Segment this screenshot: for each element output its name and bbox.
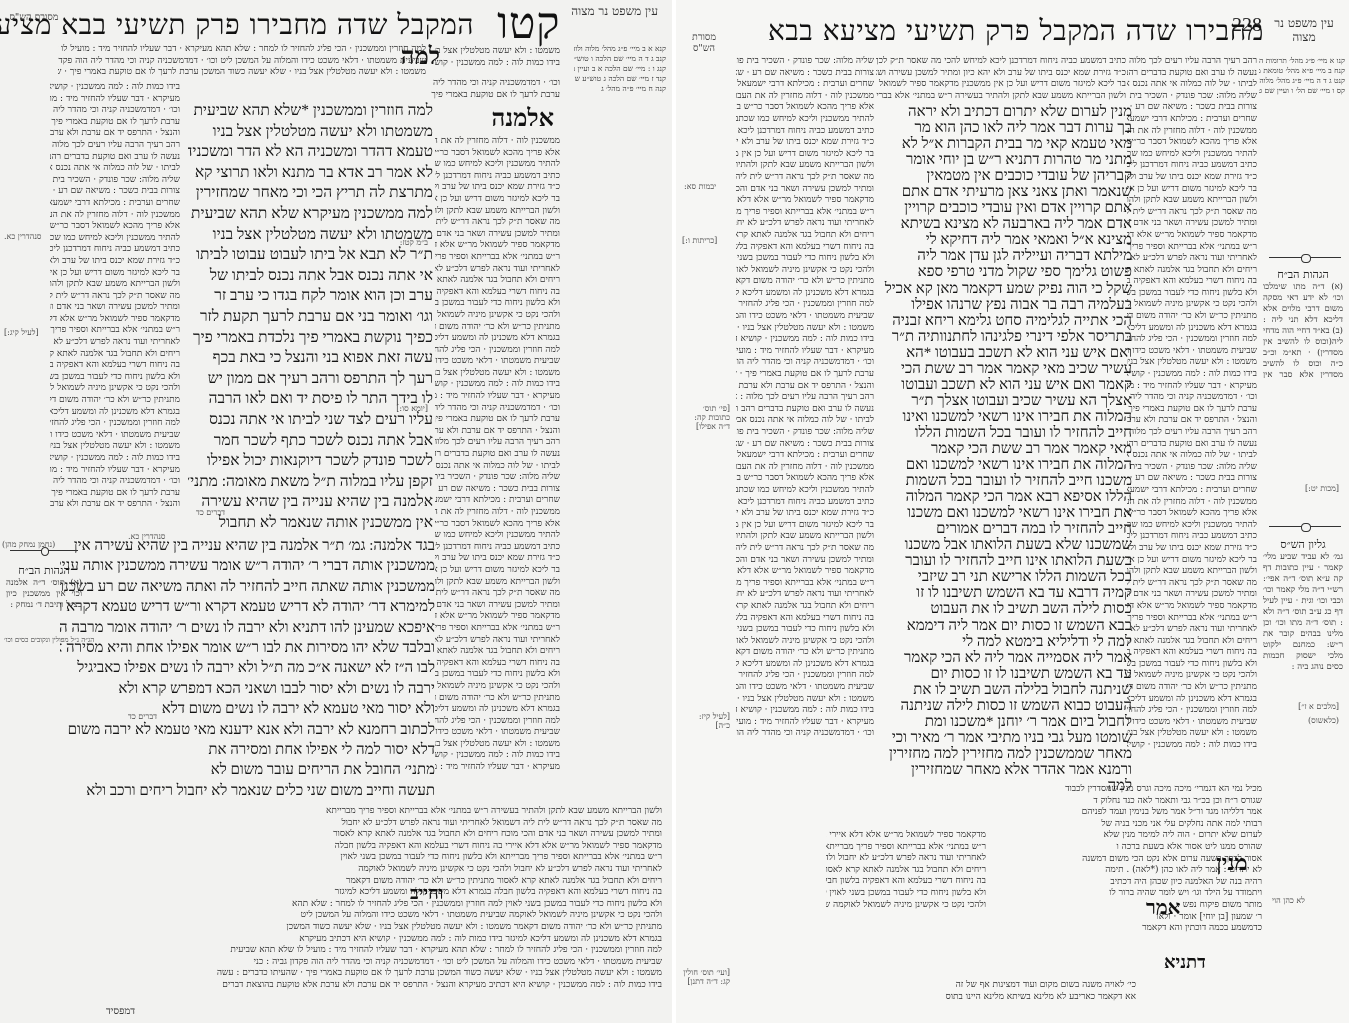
text-line: ולהכי נקט כי אקשינן מיניה לשמואל לאוקמה …: [435, 310, 560, 322]
ein-mishpat-label: עין משפט נר מצוה: [1269, 16, 1339, 44]
text-line: שמשכנו שלא בשעת הלואתו אבל משכנו: [880, 537, 1132, 553]
commentary-headword-almana: אלמנה: [492, 106, 554, 132]
text-line: קנא א ב מיי׳ פ״ג מהל׳ מלוה ולוה הל׳ ה סמ…: [574, 44, 666, 54]
text-line: לכתוב רחמנא לא ירבה ולא אנא ידענא מאי טע…: [60, 720, 435, 740]
text-line: מה שאסר ת״ק לכך נראה דר״ש לית ליה דשמואל…: [1127, 578, 1257, 590]
text-line: בך ערות דבר אמר ליה לאו כהן הוא מר: [880, 120, 1132, 136]
margin-ref: סנהדרין כא.: [4, 232, 41, 241]
text-line: מה שאסר ת״ק לכך נראה דר״ש לית ליה דשמואל…: [435, 217, 560, 229]
text-line: כתיב דמשמע כביה ניחוח דמרדכנן ליכא למיחש…: [50, 244, 180, 256]
text-line: ריחים ולא תחבול בגד אלמנה לאתא קרא לאסור…: [1127, 636, 1257, 648]
gilyon-text: גמ׳ לא עביד שביע מלי׳ קאמר · עיין כתובות…: [1263, 552, 1343, 672]
text-line: בגמרא דלא משכנינן לה ומשמע דליכא למיגזר …: [736, 288, 874, 300]
text-line: ריחים ולא תחבול בגד אלמנה לאתא קרא לאסור…: [12, 876, 662, 888]
text-line: נעשה לו ערב ואם טוקעת בדברים רהב רעיך : …: [435, 449, 560, 461]
hagahot-title: הגהות הב״ח: [8, 564, 80, 577]
text-line: תעשה וחייב משום שני כלים שנאמר לא יחבול …: [60, 781, 435, 801]
text-line: בר ליכא למיגזר משום דריש ועל כן אין ממשכ…: [1127, 555, 1257, 567]
text-line: מדקאמר ספיר לשמואל מר״ש אלא דלא איירי בה…: [435, 611, 560, 623]
text-line: ריחים ולא תחבול בגד אלמנה לאתא קרא לאסור…: [435, 275, 560, 287]
text-line: לאחריתי ועוד נראה לפרש דלכ״ע לא יחבול ול…: [1127, 253, 1257, 265]
text-line: את חבירו אינו רשאי למשכנו ואם משכנו: [880, 505, 1132, 521]
text-line: אלא פריך מהכא לשמואל דסבר כר״ש בריהא ורמ…: [435, 148, 560, 160]
text-line: מה שאסר ת״ק לכך נראה דר״ש לית ליה דשמואל…: [435, 588, 560, 600]
text-line: ממשכנין לוה · דלוה מחזרין לה את העבוט ער…: [435, 136, 560, 148]
text-line: אלא פריך מהכא לשמואל דסבר כר״ש בריהא ורמ…: [736, 473, 874, 485]
text-line: אלא פריך מהכא לשמואל דסבר כר״ש בריהא ורמ…: [50, 221, 180, 233]
text-line: מותר משום פיקוח נפש :: [992, 900, 1262, 912]
text-line: נעשה לו ערב ואם טוקעת בדברים רהב רעיך : …: [1127, 439, 1257, 451]
text-line: למה חוזרין וממשכנין · הכי פליג להחזיר לו…: [1127, 705, 1257, 717]
right-folio-page: עין משפט נר מצוה 228 מחבירו שדה המקבל פר…: [676, 0, 1349, 1023]
text-line: ר״ש במתני׳ אלא בברייתא וספיר פריך מבריית…: [12, 852, 662, 864]
margin-ref: דברים כד: [128, 712, 157, 721]
text-line: דלא יסור למה לי אפילו אחת ומסירה את: [60, 740, 435, 760]
text-line: ריחים ולא תחבול בגד אלמנה לאתא קרא לאסור…: [1127, 265, 1257, 277]
text-line: וכו׳ · דמדמשכניה קניה וכי מהדר ליה הוה פ…: [50, 105, 180, 117]
text-line: כדמשמע בכמה דוכתין והא דקאמר: [992, 923, 1262, 935]
margin-ref: [לעיל קיג:]: [4, 328, 39, 337]
text-line: בגמרא דלא משכנינן לה ומשמע דליכא למיגזר …: [50, 407, 180, 419]
text-line: וכו׳ · דמדמשכניה קניה וכי מהדר ליה הוה פ…: [50, 476, 180, 488]
text-line: בידו כמות לוה : למה ממשכנין · קושיא היא …: [1127, 740, 1257, 752]
text-line: ולא יסור מאי טעמא לא ירבה לו נשים משום ד…: [60, 699, 435, 719]
text-line: שליה מלוה: שכר פונדק · השכיר בית פונדק :…: [736, 56, 874, 68]
text-line: שליה מלוה: שכר פונדק · השכיר בית פונדק :…: [435, 472, 560, 484]
side-ref: [מלכים א ז״]: [1298, 702, 1339, 711]
text-line: בר ליכא למיגזר משום דריש ועל כן אין ממשכ…: [1127, 184, 1257, 196]
text-line: ולא בלשון ניחוח כדי לעבור במשכן בשני לאו…: [736, 253, 874, 265]
text-line: מה שאסר ת״ק לכך נראה דר״ש לית ליה דשמואל…: [1127, 207, 1257, 219]
text-line: ובלבד שלא יהו מסירות את לבו ר״ש אומר אפי…: [60, 638, 435, 658]
text-line: אי אתה נכנס אבל אתה נכנס לביתו של: [188, 266, 433, 287]
text-line: שומטו מעל גבי בניו מתיבי אמר ר׳ מאיר וכי: [880, 730, 1132, 746]
text-line: מתניתין כר״ש ולא כר׳ יהודה משום דקאמר מש…: [50, 395, 180, 407]
text-line: מתניתין כר״ש ולא כר׳ יהודה משום דקאמר מש…: [12, 922, 662, 934]
gemara-text-lower: בגד אלמנה: גמ׳ ת״ר אלמנה בין שהיא ענייה …: [60, 536, 435, 806]
side-note-bottom: הג״ה נ״ל מפולין ונקובים כסים וכו׳: [4, 636, 94, 644]
text-line: משמטו : ולא יעשה מטלטלין אצל בניו · שלא …: [435, 739, 560, 751]
text-line: ממשכנין לוה · דלוה מחזרין לה את העבוט ער…: [435, 507, 560, 519]
text-line: ולהכי נקט כי אקשינן מיניה לשמואל לאוקמה …: [736, 265, 874, 277]
text-line: רעך לך התרפס ורהב רעיך אם ממון יש: [188, 369, 433, 390]
text-line: והנצל · התרפס יד אם ערבת ולא ערבת אלא טו…: [435, 426, 560, 438]
text-line: ר״ש במתני׳ אלא בברייתא וספיר פריך מבריית…: [826, 842, 986, 854]
text-line: ולהכי נקט כי אקשינן מיניה לשמואל לאוקמה …: [12, 910, 662, 922]
text-line: אצלך הא עשיר שכיב ועבוטו אצלך ת״ר: [880, 393, 1132, 409]
text-line: מעיקרא · דבר שעליו להחזיר מיד : מועיל לו…: [50, 465, 180, 477]
text-line: אא דקאמר כאריבע לא מלינא בשיתא מלינא היי…: [736, 992, 1136, 1004]
text-line: מתניתין כר״ש ולא כר׳ יהודה משום דקאמר מש…: [1127, 682, 1257, 694]
rashi-top: למה חוזרין וממשכנין · הכי פליג להחזיר לו…: [58, 44, 426, 82]
text-line: ולשון הברייתא משמע שבא לתקן ולהתיר בעשיר…: [12, 806, 662, 818]
text-line: אלא פריך מהכא לשמואל דסבר כר״ש בריהא ורמ…: [1127, 508, 1257, 520]
text-line: ולא בלשון ניחוח כדי לעבור במשכן בשני לאו…: [12, 899, 662, 911]
text-line: שביעית משמטתו · דלאי משכט כידו והמלוה על…: [12, 957, 662, 969]
text-line: להתיר ממשכנין וליכא למיחש כמו שכתבו התוס…: [736, 485, 874, 497]
text-line: לשכר פונדק לשכר דיוקנאות יכול אפילו: [188, 451, 433, 472]
text-line: למה חוזרין וממשכנין · הכי פליג להחזיר לו…: [435, 716, 560, 728]
text-line: משמטו : ולא יעשה מטלטלין אצל בניו · שלא …: [58, 67, 426, 79]
text-line: טעמא דהדר ומשכניה הא לא הדר ומשכניה: [188, 142, 433, 163]
text-line: מילתא דבריה ועייליה לגן עדן אמר ליה: [880, 248, 1132, 264]
text-line: עד בא השמש תשיבנו לו זו כסות יום: [880, 666, 1132, 682]
text-line: בידו כמות לוה : למה ממשכנין · קושיא היא …: [50, 453, 180, 465]
text-line: לביתו · של לוה כמלוה אי אתה נכנס אבל אתה…: [435, 461, 560, 473]
text-line: מה שאסר ת״ק לכך נראה דר״ש לית ליה דשמואל…: [736, 543, 874, 555]
text-line: כתיב דמשמע כביה ניחוח דמרדכנן ליכא למיחש…: [736, 497, 874, 509]
text-line: עשה זאת אפוא בני והנצל כי באת בכף: [188, 348, 433, 369]
text-line: מעיקרא · דבר שעליו להחזיר מיד : מועיל לו…: [736, 346, 874, 358]
text-line: קבריהן של עובדי כוכבים אין מטמאין: [880, 168, 1132, 184]
text-line: אבל אתה נכנס לשכר כתף לשכר חמר: [188, 431, 433, 452]
text-line: ומתיר למשכן עשירה ושאר בני אדם והכי מוכח…: [736, 555, 874, 567]
text-line: מתניתין כר״ש ולא כר׳ יהודה משום דקאמר מש…: [736, 276, 874, 288]
text-line: ת״ר לא תבא אל ביתו לעבוט עבוטו לביתו: [188, 245, 433, 266]
text-line: בידו כמות לוה : למה ממשכנין · קושיא היא …: [736, 705, 874, 717]
text-line: קנה ח מיי׳ פ״ה מהל׳ ג: [574, 84, 666, 94]
text-line: וכו׳ · דמדמשכניה קניה וכי מהדר ליה הוה פ…: [435, 403, 560, 415]
text-line: המלוה את חבירו אינו רשאי למשכנו ואינו: [880, 409, 1132, 425]
text-line: שליה מלוה: שכר פונדק · השכיר בית פונדק :…: [1127, 91, 1257, 103]
text-line: ולא בלשון ניחוח כדי לעבור במשכן בשני לאו…: [736, 624, 874, 636]
footer-commentary: כי׳ לאויה משנה בשום מקום ועוד דמצינות אף…: [736, 980, 1136, 1006]
text-line: ריחים ולא תחבול בגד אלמנה לאתא קרא לאסור…: [736, 230, 874, 242]
mesoret-ref: [ועי׳ תוס׳ חולין קג: ד״ה דתנן]: [682, 968, 730, 986]
text-line: שחרים וערבית : מכילתא דרבי ישמעאל ר״ש או…: [1127, 485, 1257, 497]
text-line: מתני׳ החובל את הריחים עובר משום לא: [60, 760, 435, 780]
text-line: ולשון הברייתא משמע שבא לתקן ולהתיר בעשיר…: [1127, 566, 1257, 578]
text-line: ולשון הברייתא משמע שבא לתקן ולהתיר בעשיר…: [876, 91, 1126, 103]
bottom-commentary: ולשון הברייתא משמע שבא לתקן ולהתיר בעשיר…: [12, 806, 662, 1002]
text-line: רהב רעיך הרבה עליו רעים לכך מלוה : אם ממ…: [1127, 56, 1257, 68]
text-line: בר ליכא למיגזר משום דריש ועל כן אין ממשכ…: [435, 565, 560, 577]
text-line: משמטתו ולא יעשה מטלטלין אצל בניו: [188, 225, 433, 246]
text-line: מאי קאמר אמר רב ששת הכי קאמר: [880, 441, 1132, 457]
text-line: שביעית משמטתו · דלאי משכט כידו והמלוה על…: [1127, 717, 1257, 729]
text-line: ערבת לרעך לו אם טוקעת באמרי פיך · שהעיתו…: [435, 414, 560, 426]
text-line: רהיה בנה של האלמנה כיון שכהן היה דכתיב: [992, 877, 1262, 889]
text-line: שביעית משמטתו · דלאי משכט כידו והמלוה על…: [50, 430, 180, 442]
text-line: מה שאסר ת״ק לכך נראה דר״ש לית ליה דשמואל…: [736, 172, 874, 184]
text-line: בה ניחוח דשרי בעלמא והא דאפקיה בלשון חבל…: [826, 876, 986, 888]
text-line: וכו׳ · דמדמשכניה קניה וכי מהדר ליה הוה פ…: [430, 78, 560, 90]
text-line: לחבול ביום אמר ר׳ יוחנן *משכנו ומת: [880, 714, 1132, 730]
hagahot-title: הגהות הב״ח: [1265, 268, 1341, 281]
text-line: ומתיר למשכן עשירה ושאר בני אדם והכי מוכח…: [1127, 218, 1257, 230]
text-line: ר׳ שמעון [בן יוחי] אומר · ולאו: [992, 912, 1262, 924]
text-line: מעיקרא · דבר שעליו להחזיר מיד : מועיל לו…: [736, 717, 874, 729]
gemara-text: מנין לערום שלא יתרום דכתיב ולא יראהבך ער…: [880, 104, 1132, 824]
text-line: בה ניחוח דשרי בעלמא והא דאפקיה בלשון חבל…: [435, 287, 560, 299]
text-line: וכו׳ · דמדמשכניה קניה וכי מהדר ליה הוה פ…: [736, 357, 874, 369]
text-line: ואם איש עני הוא לא תשכב בעבוטו *הא: [880, 345, 1132, 361]
text-line: ולא בלשון ניחוח כדי לעבור במשכן בשני לאו…: [435, 669, 560, 681]
text-line: לערום שלא יתרום · הוה ליה למימר מנין שלא: [992, 830, 1262, 842]
text-line: לאחריתי ועוד נראה לפרש דלכ״ע לא יחבול ול…: [826, 853, 986, 865]
text-line: מדקאמר ספיר לשמואל מר״ש אלא דלא איירי בה…: [1127, 601, 1257, 613]
text-line: וכו׳ · דמדמשכניה קניה וכי מהדר ליה הוה פ…: [1127, 392, 1257, 404]
text-line: מאי טעמא קאי מר בבית הקברות א״ל לא: [880, 136, 1132, 152]
margin-ref: דברים כד: [196, 508, 225, 517]
bottom-headword: וחייב: [410, 880, 443, 906]
text-line: כסות לילה השב תשיב לו את העבוט: [880, 601, 1132, 617]
text-line: ולשון הברייתא משמע שבא לתקן ולהתיר בעשיר…: [50, 279, 180, 291]
text-line: למה חוזרין וממשכנין · הכי פליג להחזיר לו…: [736, 299, 874, 311]
text-line: ר״ש במתני׳ אלא בברייתא וספיר פריך מבריית…: [435, 252, 560, 264]
text-line: משמטתו ולא יעשה מטלטלין אצל בניו: [188, 122, 433, 143]
text-line: ממשכנין לוה · דלוה מחזרין לה את העבוט ער…: [736, 462, 874, 474]
text-line: כ״ד גזירת שמא יכנס ביתו של ערב ולא יהא כ…: [435, 182, 560, 194]
text-line: בה ניחוח דשרי בעלמא והא דאפקיה בלשון חבל…: [50, 360, 180, 372]
text-line: כפיך נוקשת באמרי פיך נלכדת באמרי פיך: [188, 328, 433, 349]
text-line: והנצל · התרפס יד אם ערבת ולא ערבת אלא טו…: [50, 499, 180, 511]
mesoret-label: מסורת הש"ס: [682, 32, 726, 54]
text-line: וכו׳ · דמדמשכניה קניה וכי מהדר ליה הוה פ…: [736, 728, 874, 740]
text-line: מעיקרא · דבר שעליו להחזיר מיד : מועיל לו…: [50, 94, 180, 106]
text-line: ומתיר למשכן עשירה ושאר בני אדם והכי מוכח…: [736, 184, 874, 196]
text-line: קס ו מיי׳ שם הל׳ ו ועיין שם טוש״ע שם סעי…: [1259, 86, 1345, 96]
text-line: ר״ש במתני׳ אלא בברייתא וספיר פריך מבריית…: [736, 578, 874, 590]
tosafot-top: משמטו : ולא יעשה מטלטלין אצל בניו · שלא …: [435, 46, 560, 72]
text-line: קנב ג ד ה מיי׳ שם הלכה ו טוש״ע שם סעיף י…: [574, 54, 666, 64]
text-line: מתני מר טהרות דתניא ר״ש בן יוחי אומר: [880, 152, 1132, 168]
text-line: רהב רעיך הרבה עליו רעים לכך מלוה : אם ממ…: [1127, 427, 1257, 439]
hagahot-text: (א) ד״ה מתו שימלכו וכו׳ לא ידע דאי מסקה …: [1263, 282, 1343, 378]
text-line: בגמרא דלא משכנינן לה ומשמע דליכא למיגזר …: [435, 704, 560, 716]
text-line: ריחים ולא תחבול בגד אלמנה לאתא קרא לאסור…: [435, 646, 560, 658]
text-line: נעשה לו ערב ואם טוקעת בדברים רהב רעיך : …: [736, 404, 874, 416]
text-line: והנצל · התרפס יד אם ערבת ולא ערבת אלא טו…: [1127, 415, 1257, 427]
commentary-headword-detanya: דתניא: [1164, 949, 1206, 975]
text-line: שניתנה לחבול בלילה השב תשיב לו את: [880, 682, 1132, 698]
text-line: לאחריתי ועוד נראה לפרש דלכ״ע לא יחבול ול…: [435, 635, 560, 647]
text-line: קאמר ואם איש עני הוא לא תשכב ועבוטו: [880, 377, 1132, 393]
text-line: שחרים וערבית : מכילתא דרבי ישמעאל ר״ש או…: [1127, 114, 1257, 126]
folio-number: קטו: [497, 2, 560, 46]
text-line: כ״ד גזירת שמא יכנס ביתו של ערב ולא יהא כ…: [435, 553, 560, 565]
rashi-column: שליה מלוה: שכר פונדק · השכיר בית פונדק :…: [736, 56, 874, 746]
text-line: כתיב דמשמע כביה ניחוח דמרדכנן ליכא למיחש…: [435, 171, 560, 183]
text-line: לביתו · של לוה כמלוה אי אתה נכנס אבל אתה…: [50, 163, 180, 175]
text-line: קנט ג ד ה מיי׳ פ״ג מהל׳ מלוה ולוה הלכה ה…: [1259, 76, 1345, 86]
text-line: ירבה לו נשים ולא יסור לבבו ושאני הכא דמפ…: [60, 679, 435, 699]
text-line: צורות בבית כשכר : משיאה שם רע · שאתה יוצ…: [1127, 473, 1257, 485]
text-line: למה חוזרין וממשכנין · הכי פליג להחזיר לו…: [435, 345, 560, 357]
text-line: ולשון הברייתא משמע שבא לתקן ולהתיר בעשיר…: [736, 531, 874, 543]
text-line: בעלמיה רבה בר אבוה נפץ שרנהו אפילו: [880, 297, 1132, 313]
text-line: ערבת לרעך לו אם טוקעת באמרי פיך · שהעיתו…: [50, 117, 180, 129]
text-line: רבותי למה אתה נחלקים עלי אני מכני בניה ש…: [992, 819, 1262, 831]
text-line: והנצל · התרפס יד אם ערבת ולא ערבת אלא טו…: [50, 128, 180, 140]
text-line: בגד אלמנה: גמ׳ ת״ר אלמנה בין שהיא ענייה …: [60, 536, 435, 556]
text-line: בגמרא דלא משכנינן לה ומשמע דליכא למיגזר …: [736, 659, 874, 671]
text-line: הללו אסיפא רבא אמר הכי קאמר המלוה: [880, 489, 1132, 505]
text-line: בידו כמות לוה : למה ממשכנין · קושיא היא …: [12, 980, 662, 992]
text-line: למה חוזרין וממשכנין · הכי פליג להחזיר לו…: [736, 670, 874, 682]
text-line: משמטו : ולא יעשה מטלטלין אצל בניו · שלא …: [12, 968, 662, 980]
text-line: בגמרא דלא משכנינן לה ומשמע דליכא למיגזר …: [1127, 323, 1257, 335]
text-line: בידו כמות לוה : למה ממשכנין · קושיא היא …: [736, 334, 874, 346]
text-line: מדקאמר ספיר לשמואל מר״ש אלא דלא איירי בה…: [435, 240, 560, 252]
commentary-headword-amar: אמר: [1146, 895, 1181, 921]
text-line: איפכא שמעינן להו דתניא ולא ירבה לו נשים …: [60, 618, 435, 638]
text-line: ולא בלשון ניחוח כדי לעבור במשכן בשני לאו…: [1127, 659, 1257, 671]
text-line: לאחריתי ועוד נראה לפרש דלכ״ע לא יחבול ול…: [736, 589, 874, 601]
text-line: משמטו : ולא יעשה מטלטלין אצל בניו · שלא …: [1127, 728, 1257, 740]
text-line: מדקאמר ספיר לשמואל מר״ש אלא דלא איירי בה…: [826, 830, 986, 842]
text-line: מכיל נמי הא דגמרי׳ מיכה מיכה וגרס מנין ש…: [992, 784, 1262, 796]
text-line: צורות בבית כשכר : משיאה שם רע · שאתה יוצ…: [50, 186, 180, 198]
text-line: מאחר שממשכנין למה מחזירין למה מחזירין: [880, 746, 1132, 762]
text-line: ערבת לרעך לו אם טוקעת באמרי פיך · שהעיתו…: [50, 488, 180, 500]
text-line: אמר ליה אסמייה אמר ליה לא הכי קאמר: [880, 650, 1132, 666]
text-line: בידו כמות לוה : למה ממשכנין · קושיא היא …: [435, 379, 560, 391]
text-line: ולהכי נקט כי אקשינן מיניה לשמואל לאוקמה …: [435, 681, 560, 693]
text-line: להתיר ממשכנין וליכא למיחש כמו שכתבו התוס…: [50, 233, 180, 245]
text-line: משמטו : ולא יעשה מטלטלין אצל בניו · שלא …: [1127, 357, 1257, 369]
text-line: לא אמר רב אדא בר מתנא ולאו תרוצי קא: [188, 163, 433, 184]
text-line: כ״ד גזירת שמא יכנס ביתו של ערב ולא יהא כ…: [736, 137, 874, 149]
text-line: לאחריתי ועוד נראה לפרש דלכ״ע לא יחבול ול…: [50, 337, 180, 349]
text-line: זקפן עליו במלוה ת״ל משאת מאומה: מתני׳: [188, 472, 433, 493]
text-line: בה ניחוח דשרי בעלמא והא דאפקיה בלשון חבל…: [1127, 276, 1257, 288]
text-line: לביתו · של לוה כמלוה אי אתה נכנס אבל אתה…: [1127, 450, 1257, 462]
text-line: כתיב דמשמע כביה ניחוח דמרדכנן ליכא למיחש…: [876, 56, 1126, 68]
text-line: כתיב דמשמע כביה ניחוח דמרדכנן ליכא למיחש…: [435, 542, 560, 554]
text-line: להתיר ממשכנין וליכא למיחש כמו שכתבו התוס…: [1127, 520, 1257, 532]
margin-ref: ב״מ קטז:: [400, 238, 428, 247]
text-line: פשוט גלימך ספי שקול מדני טרפי ספא: [880, 264, 1132, 280]
left-folio-page: עין משפט נר מצוה קטו המקבל שדה מחבירו פר…: [0, 0, 672, 1023]
text-line: שביעית משמטתו · דלאי משכט כידו והמלוה על…: [435, 356, 560, 368]
text-line: רהב רעיך הרבה עליו רעים לכך מלוה : אם ממ…: [50, 140, 180, 152]
side-ref: [מכות יט:]: [1305, 484, 1339, 493]
text-line: ר״ש במתני׳ אלא בברייתא וספיר פריך מבריית…: [1127, 613, 1257, 625]
text-line: ולהכי נקט כי אקשינן מיניה לשמואל לאוקמה …: [736, 636, 874, 648]
text-line: שביעית משמטתו · דלאי משכט כידו והמלוה על…: [1127, 346, 1257, 358]
text-line: לאחריתי ועוד נראה לפרש דלכ״ע לא יחבול ול…: [435, 264, 560, 276]
text-line: משמטו : ולא יעשה מטלטלין אצל בניו · שלא …: [50, 441, 180, 453]
text-line: מצינא א״ל ואמאי אמר ליה דחיקא לי: [880, 232, 1132, 248]
text-line: ממשכנין אותה שאתה חייב להחזיר לה ואתה מש…: [60, 577, 435, 597]
text-line: כתיב דמשמע כביה ניחוח דמרדכנן ליכא למיחש…: [1127, 531, 1257, 543]
text-line: להתיר ממשכנין וליכא למיחש כמו שכתבו התוס…: [435, 530, 560, 542]
text-line: ריחים ולא תחבול בגד אלמנה לאתא קרא לאסור…: [736, 601, 874, 613]
text-line: ר״ש במתני׳ אלא בברייתא וספיר פריך מבריית…: [435, 623, 560, 635]
text-line: שליה מלוה: שכר פונדק · השכיר בית פונדק :…: [736, 427, 874, 439]
text-line: ולהכי נקט כי אקשינן מיניה לשמואל לאוקמה …: [1127, 299, 1257, 311]
gemara-text-upper: למה חוזרין וממשכנין *שלא תהא שביעיתמשמטת…: [188, 101, 433, 541]
text-line: בשעת הלואתו אינו חייב להחזיר לו ועובר: [880, 553, 1132, 569]
text-line: המלוה את חבירו אינו רשאי למשכנו ואם: [880, 457, 1132, 473]
text-line: מדקאמר ספיר לשמואל מר״ש אלא דלא איירי בה…: [50, 314, 180, 326]
text-line: בר ליכא למיגזר משום דריש ועל כן אין ממשכ…: [736, 149, 874, 161]
tosafot-column: ממשכנין לוה · דלוה מחזרין לה את העבוט ער…: [435, 136, 560, 776]
text-line: ולשון הברייתא משמע שבא לתקן ולהתיר בעשיר…: [435, 577, 560, 589]
text-line: קנג ו : מיי׳ שם הלכה א ב ועיין בהשגות וכ…: [574, 64, 666, 74]
mesoret-label: מסורת הש"ס: [6, 12, 62, 23]
text-line: כתיב דמשמע כביה ניחוח דמרדכנן ליכא למיחש…: [1127, 160, 1257, 172]
text-line: למה לי ודליליא בימטא למה לי: [880, 634, 1132, 650]
text-line: חייב להחזיר לו במה דברים אמורים: [880, 521, 1132, 537]
text-line: מתניתין כר״ש ולא כר׳ יהודה משום דקאמר מש…: [435, 693, 560, 705]
text-line: בגמרא דלא משכנינן לה ומשמע דליכא למיגזר …: [1127, 694, 1257, 706]
text-line: והנצל · התרפס יד אם ערבת ולא ערבת אלא טו…: [736, 381, 874, 393]
text-line: שביעית משמטתו · דלאי משכט כידו והמלוה על…: [736, 682, 874, 694]
text-line: בר ליכא למיגזר משום דריש ועל כן אין ממשכ…: [50, 268, 180, 280]
text-line: ולהכי נקט כי אקשינן מיניה לשמואל לאוקמה …: [826, 900, 986, 912]
margin-ref: סנהדרין כא.: [128, 532, 165, 541]
page-header-title: מחבירו שדה המקבל פרק תשיעי מציעא בבא: [768, 14, 1264, 48]
rashi-top: כתיב דמשמע כביה ניחוח דמרדכנן ליכא למיחש…: [876, 56, 1126, 106]
text-line: מתרצת לה תריץ הכי וכי מאחר שמחזירין: [188, 183, 433, 204]
text-line: ממשכנין אותה דברי ר׳ יהודה ר״ש אומר עשיר…: [60, 556, 435, 576]
text-line: להתיר ממשכנין וליכא למיחש כמו שכתבו התוס…: [736, 114, 874, 126]
text-line: בה ניחוח דשרי בעלמא והא דאפקיה בלשון חבל…: [736, 242, 874, 254]
text-line: ולא בלשון ניחוח כדי לעבור במשכן בשני לאו…: [50, 372, 180, 384]
text-line: ולא בלשון ניחוח כדי לעבור במשכן בשני לאו…: [435, 298, 560, 310]
ein-mishpat-column: קנו א מיי׳ פ״ג מהל׳ תרומות הל׳ ד :קנח ב …: [1259, 56, 1345, 256]
text-line: מה שאסר ת״ק לכך נראה דר״ש לית ליה דשמואל…: [50, 291, 180, 303]
text-line: לביתו · של לוה כמלוה אי אתה נכנס אבל אתה…: [736, 415, 874, 427]
text-line: ר״ש במתני׳ אלא בברייתא וספיר פריך מבריית…: [736, 207, 874, 219]
page-header-title: המקבל שדה מחבירו פרק תשיעי בבא מציעא: [0, 8, 474, 42]
text-line: למה חוזרין וממשכנין *שלא תהא שביעית: [188, 101, 433, 122]
commentary-headword-minayin: מנין: [1216, 850, 1248, 876]
text-line: צורות בבית כשכר : משיאה שם רע · שאתה יוצ…: [1127, 102, 1257, 114]
text-line: בבא השמש זו כסות יום אמר ליה דיממא: [880, 618, 1132, 634]
text-line: מה שאסר ת״ק לכך נראה דר״ש לית ליה דשמואל…: [12, 818, 662, 830]
mesoret-ref: [כריתות ו:]: [682, 236, 717, 245]
text-line: בר ליכא למיגזר משום דריש ועל כן אין ממשכ…: [736, 520, 874, 532]
text-line: כ״ד גזירת שמא יכנס ביתו של ערב ולא יהא כ…: [1127, 172, 1257, 184]
text-line: בר ליכא למיגזר משום דריש ועל כן אין ממשכ…: [876, 79, 1126, 91]
text-line: למה חוזרין וממשכנין · הכי פליג להחזיר לו…: [12, 945, 662, 957]
side-ref: (כלאשוס): [1308, 716, 1339, 725]
text-line: אלא פריך מהכא לשמואל דסבר כר״ש בריהא ורמ…: [1127, 137, 1257, 149]
side-ref: לא כהן הוי: [1272, 896, 1305, 905]
ein-mishpat-column: קנא א ב מיי׳ פ״ג מהל׳ מלוה ולוה הל׳ ה סמ…: [574, 44, 666, 344]
ornament-divider: [1269, 523, 1341, 531]
text-line: ר״ש במתני׳ אלא בברייתא וספיר פריך מבריית…: [1127, 242, 1257, 254]
text-line: משמטו : ולא יעשה מטלטלין אצל בניו · שלא …: [435, 46, 560, 58]
text-line: שקל כי הוה נפיק שמע דקאמר מאן קא אכיל: [880, 281, 1132, 297]
text-line: שחרים וערבית : מכילתא דרבי ישמעאל ר״ש או…: [736, 79, 874, 91]
mesoret-ref: [פי׳ תוס׳ כתובות קה: ד״ה אפילו]: [682, 404, 730, 431]
text-line: למה חוזרין וממשכנין · הכי פליג להחזיר לו…: [1127, 334, 1257, 346]
text-line: קנח ב מיי׳ פ״א מהל׳ טומאת מת הל׳ יג :: [1259, 66, 1345, 76]
text-line: ומתיר למשכן עשירה ושאר בני אדם והכי מוכח…: [1127, 589, 1257, 601]
text-line: משמטו : ולא יעשה מטלטלין אצל בניו · שלא …: [736, 694, 874, 706]
text-line: שחרים וערבית : מכילתא דרבי ישמעאל ר״ש או…: [50, 198, 180, 210]
text-line: שליה מלוה: שכר פונדק · השכיר בית פונדק :…: [50, 175, 180, 187]
text-line: לאחריתי ועוד נראה לפרש דלכ״ע לא יחבול ול…: [12, 864, 662, 876]
text-line: ריחים ולא תחבול בגד אלמנה לאתא קרא לאסור…: [50, 349, 180, 361]
text-line: שביעית משמטתו · דלאי משכט כידו והמלוה על…: [736, 311, 874, 323]
text-line: בה ניחוח דשרי בעלמא והא דאפקיה בלשון חבל…: [736, 613, 874, 625]
text-line: מתניתין כר״ש ולא כר׳ יהודה משום דקאמר מש…: [1127, 311, 1257, 323]
text-line: בגמרא דלא משכנינן לה ומשמע דליכא למיגזר …: [12, 934, 662, 946]
text-line: ערב וכן הוא אומר לקח בגדו כי ערב זר: [188, 286, 433, 307]
text-line: משמטו : ולא יעשה מטלטלין אצל בניו · שלא …: [736, 323, 874, 335]
text-line: כי׳ לאויה משנה בשום מקום ועוד דמצינות אף…: [736, 980, 1136, 992]
text-line: ולהכי נקט כי אקשינן מיניה לשמואל לאוקמה …: [50, 383, 180, 395]
text-line: לבו ה״ז לא ישאנה א״כ מה ת״ל ולא ירבה לו …: [60, 658, 435, 678]
ornament-divider: [10, 547, 78, 555]
text-line: בה ניחוח דשרי בעלמא והא דאפקיה בלשון חבל…: [12, 887, 662, 899]
text-line: כ״ד גזירת שמא יכנס ביתו של ערב ולא יהא כ…: [50, 256, 180, 268]
